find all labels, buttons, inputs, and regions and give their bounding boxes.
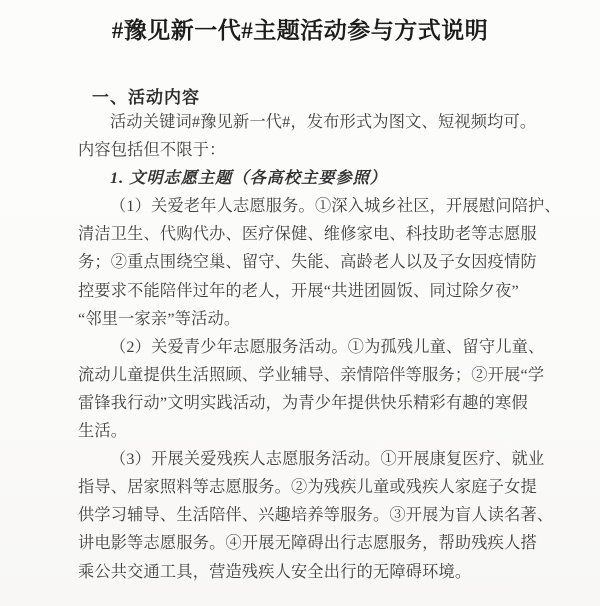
paragraph: 活动关键词#豫见新一代#，发布形式为图文、短视频均可。内容包括但不限于： xyxy=(78,108,533,164)
text-line: 务；②重点围绕空巢、留守、失能、高龄老人以及子女因疫情防 xyxy=(78,248,533,276)
paragraph: （1）关爱老年人志愿服务。①深入城乡社区，开展慰问陪护、清洁卫生、代购代办、医疗… xyxy=(78,192,533,332)
document-body: 活动关键词#豫见新一代#，发布形式为图文、短视频均可。内容包括但不限于：1. 文… xyxy=(78,108,533,586)
text-line: 清洁卫生、代购代办、医疗保健、维修家电、科技助老等志愿服 xyxy=(78,220,533,248)
sub-heading: 1. 文明志愿主题（各高校主要参照） xyxy=(78,164,533,192)
text-line: 内容包括但不限于： xyxy=(78,136,533,164)
text-line: 1. 文明志愿主题（各高校主要参照） xyxy=(78,164,533,192)
text-line: （3）开展关爱残疾人志愿服务活动。①开展康复医疗、就业 xyxy=(78,445,533,473)
paragraph: （2）关爱青少年志愿服务活动。①为孤残儿童、留守儿童、流动儿童提供生活照顾、学业… xyxy=(78,333,533,445)
text-line: 乘公共交通工具，营造残疾人安全出行的无障碍环境。 xyxy=(78,558,533,586)
text-line: 指导、居家照料等志愿服务。②为残疾儿童或残疾人家庭子女提 xyxy=(78,473,533,501)
section-heading: 一、活动内容 xyxy=(92,88,600,108)
text-line: 讲电影等志愿服务。④开展无障碍出行志愿服务，帮助残疾人搭 xyxy=(78,529,533,557)
document-title: #豫见新一代#主题活动参与方式说明 xyxy=(0,0,600,48)
text-line: （2）关爱青少年志愿服务活动。①为孤残儿童、留守儿童、 xyxy=(78,333,533,361)
paragraph: （3）开展关爱残疾人志愿服务活动。①开展康复医疗、就业指导、居家照料等志愿服务。… xyxy=(78,445,533,585)
text-line: 流动儿童提供生活照顾、学业辅导、亲情陪伴等服务；②开展“学 xyxy=(78,361,533,389)
text-line: （1）关爱老年人志愿服务。①深入城乡社区，开展慰问陪护、 xyxy=(78,192,533,220)
text-line: “邻里一家亲”等活动。 xyxy=(78,305,533,333)
text-line: 活动关键词#豫见新一代#，发布形式为图文、短视频均可。 xyxy=(78,108,533,136)
text-line: 供学习辅导、生活陪伴、兴趣培养等服务。③开展为盲人读名著、 xyxy=(78,501,533,529)
text-line: 生活。 xyxy=(78,417,533,445)
text-line: 控要求不能陪伴过年的老人，开展“共进团圆饭、同过除夕夜” xyxy=(78,277,533,305)
document-page: #豫见新一代#主题活动参与方式说明 一、活动内容 活动关键词#豫见新一代#，发布… xyxy=(0,0,600,606)
text-line: 雷锋我行动”文明实践活动，为青少年提供快乐精彩有趣的寒假 xyxy=(78,389,533,417)
